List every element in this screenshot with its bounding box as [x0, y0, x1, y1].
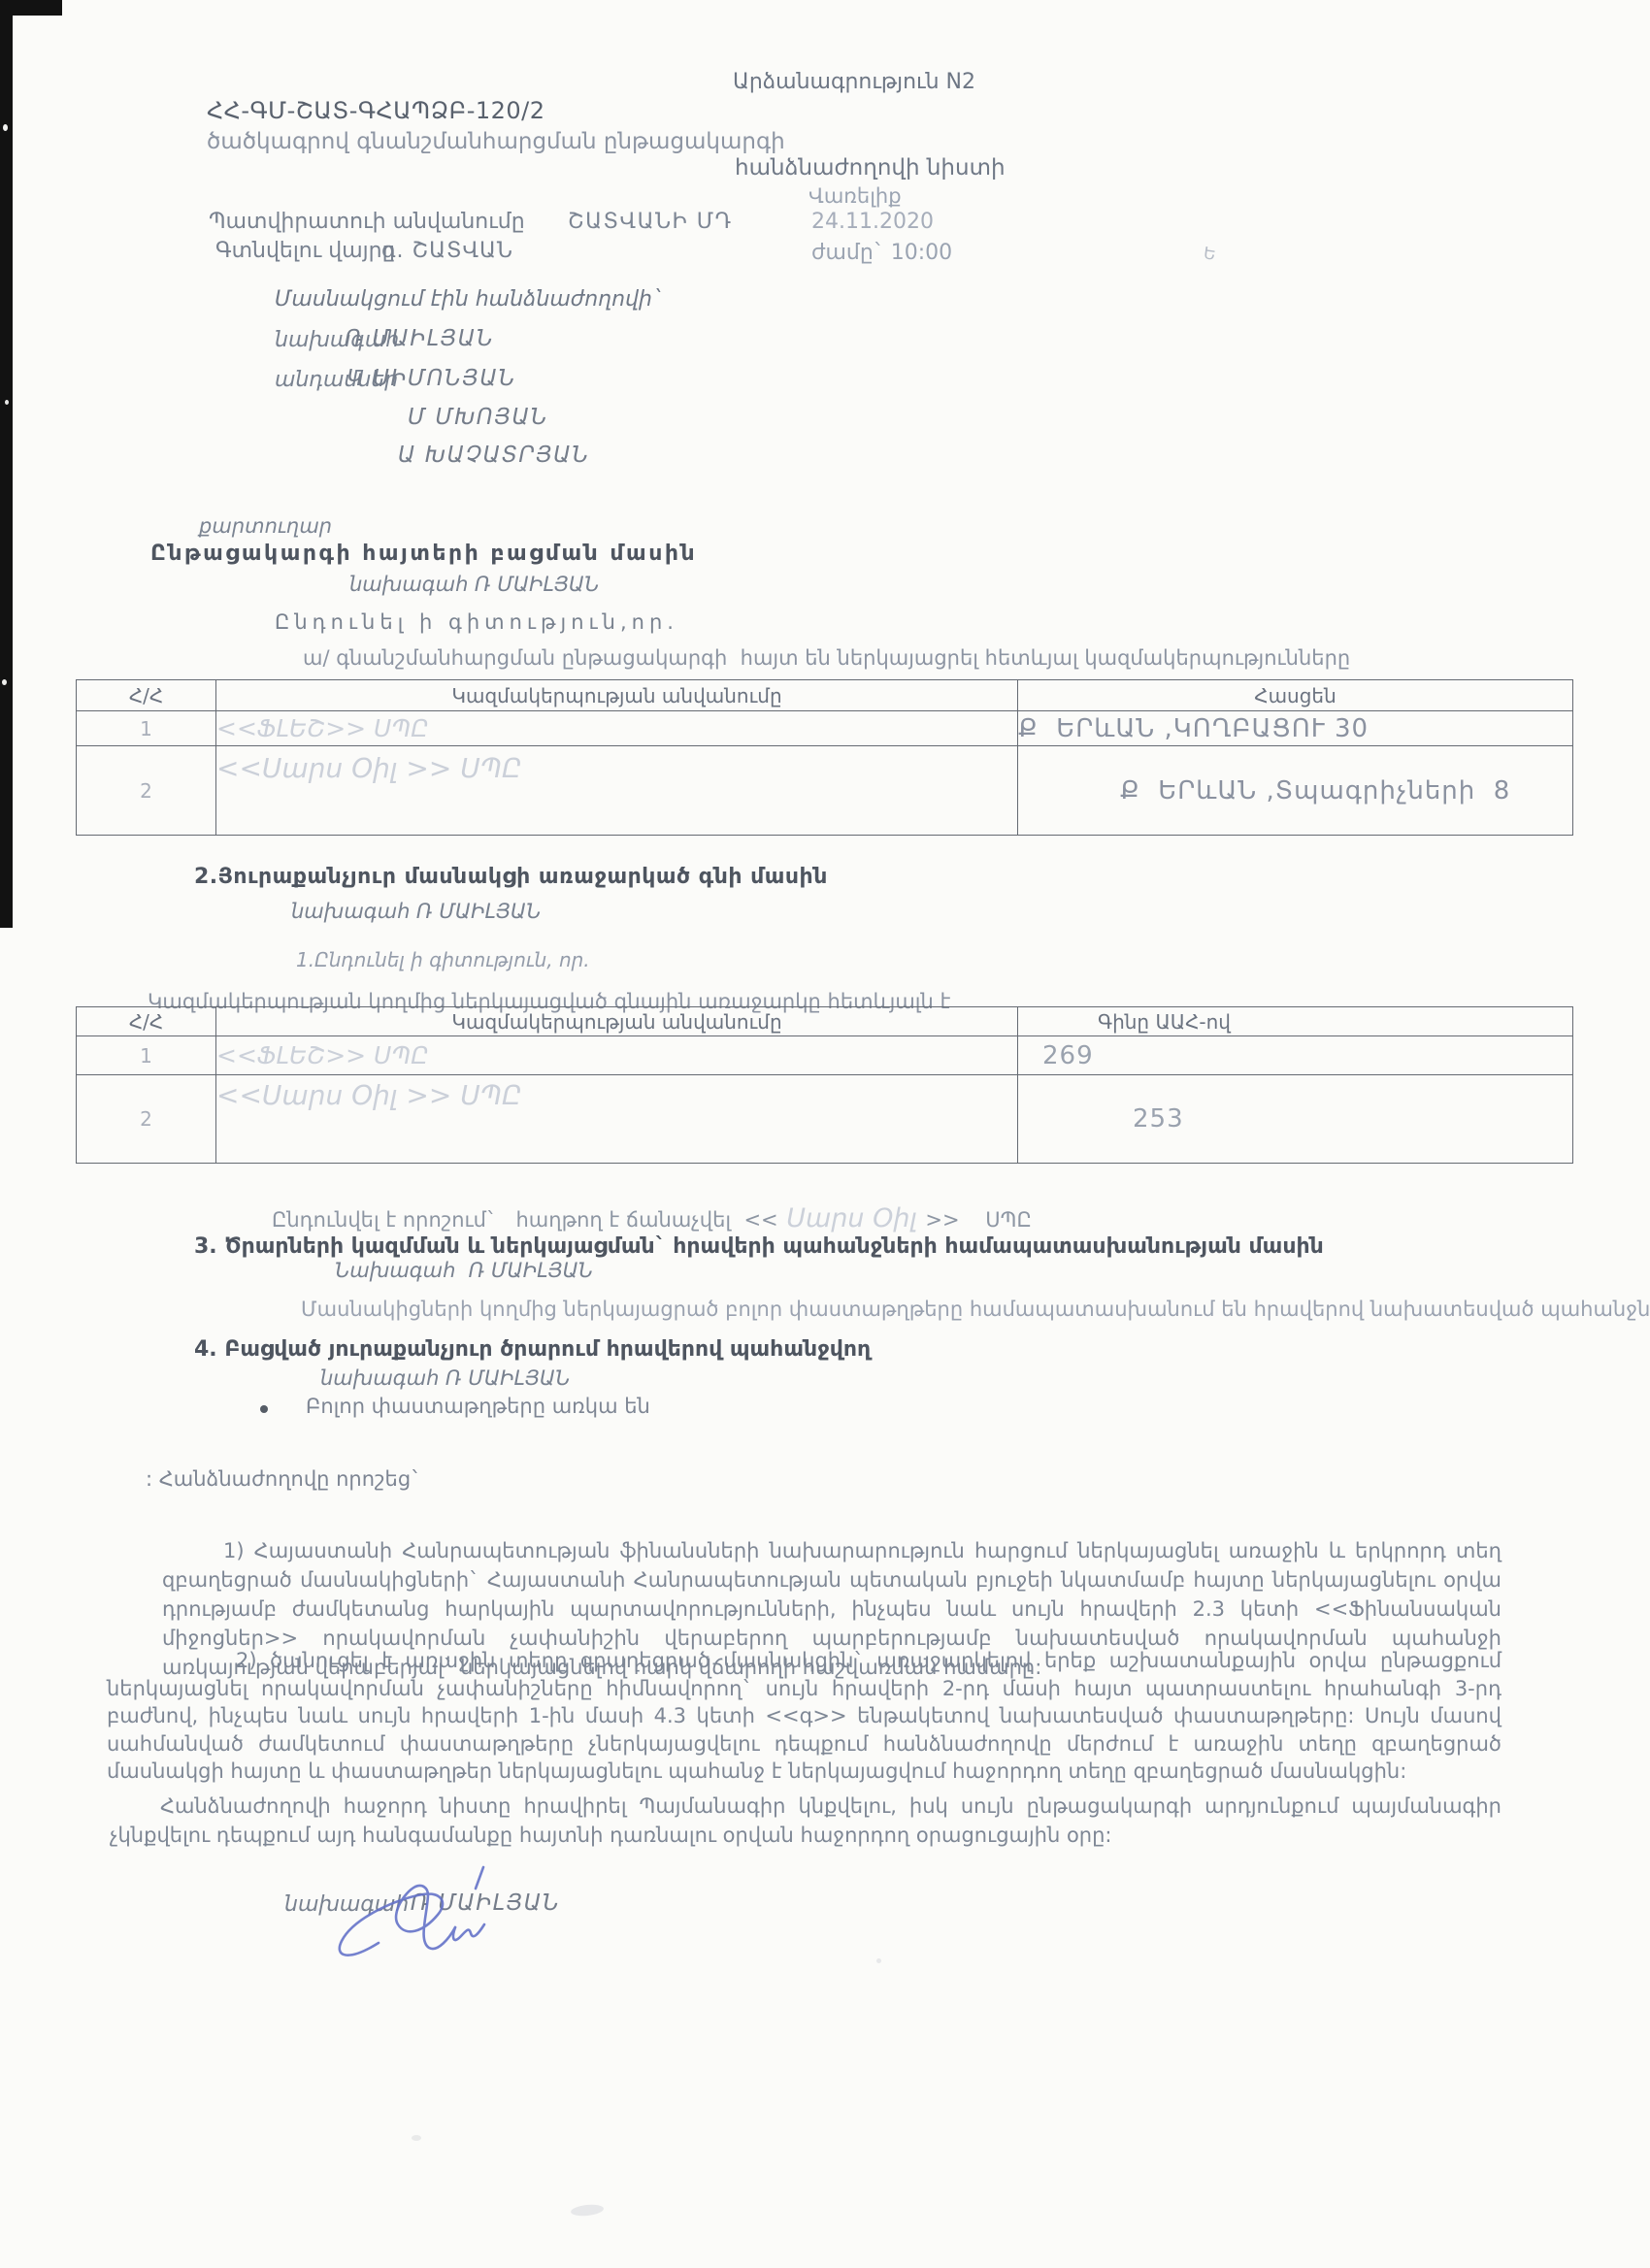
meeting-time: ժամը` 10:00 — [811, 241, 952, 265]
section3-chair-line: Նախագահ Ռ ՄԱԻԼՅԱՆ — [335, 1259, 593, 1282]
col-header-number: Հ/Հ — [77, 680, 216, 711]
committee-decided-line: : Հանձնաժողովը որոշեց` — [146, 1467, 421, 1491]
customer-name: ՇԱՏՎԱՆԻ ՄԴ — [568, 210, 733, 234]
member-name: Մ ՄԽՈՅԱՆ — [408, 405, 548, 430]
subject-fuel: Վառելիք — [808, 184, 902, 208]
prices-table: Հ/Հ Կազմակերպության անվանումը Գինը ԱԱՀ-ո… — [76, 1006, 1573, 1164]
row-number: 2 — [77, 1075, 216, 1164]
scan-speck — [571, 2203, 605, 2217]
price-value: 253 — [1018, 1075, 1573, 1164]
table-row: 2 <<Սարս Օիլ >> ՍՊԸ Ք ԵՐևԱՆ ,Տպագրիչների… — [77, 746, 1573, 836]
company-address: Ք ԵՐևԱՆ ,ԿՈՂԲԱՑՈՒ 30 — [1018, 711, 1573, 746]
company-address: Ք ԵՐևԱՆ ,Տպագրիչների 8 — [1018, 746, 1573, 836]
section3-body: Մասնակիցների կողմից ներկայացրած բոլոր փա… — [301, 1298, 1650, 1321]
location-label: Գտնվելու վայրը — [215, 239, 396, 263]
company-name: <<ՖԼԵՇ>> ՍՊԸ — [216, 1036, 1018, 1075]
company-name: <<Սարս Օիլ >> ՍՊԸ — [216, 1075, 1018, 1164]
secretary-label: քարտուղար — [199, 514, 332, 538]
attendees-intro: Մասնակցում էին հանձնաժողովի` — [275, 287, 663, 312]
section1-note-line: Ընդունել ի գիտություն,որ. — [275, 610, 678, 634]
resolution-paragraph-3: Հանձնաժողովի հաջորդ նիստը հրավիրել Պայմա… — [110, 1791, 1501, 1850]
section1-heading: Ընթացակարգի հայտերի բացման մասին — [150, 542, 697, 566]
col-header-address: Հասցեն — [1018, 680, 1573, 711]
col-header-number: Հ/Հ — [77, 1007, 216, 1036]
decision-prefix: Ընդունվել է որոշում` հաղթող է ճանաչվել <… — [272, 1208, 778, 1232]
table-row: 1 <<ՖԼԵՇ>> ՍՊԸ Ք ԵՐևԱՆ ,ԿՈՂԲԱՑՈՒ 30 — [77, 711, 1573, 746]
protocol-title: Արձանագրություն N2 — [733, 70, 975, 94]
scan-edge-corner — [0, 0, 62, 16]
bullet-text: Բոլոր փաստաթղթերը առկա են — [306, 1395, 650, 1418]
resolution-paragraph-2: 2) ծանուցել է առաջին տեղը զբաղեցրած մասն… — [107, 1647, 1501, 1786]
row-number: 1 — [77, 711, 216, 746]
price-value: 269 — [1018, 1036, 1573, 1075]
customer-label: Պատվիրատուի անվանումը — [209, 210, 525, 234]
section4-chair-line: նախագահ Ռ ՄԱԻԼՅԱՆ — [320, 1366, 570, 1390]
session-line: հանձնաժողովի նիստի — [735, 155, 1006, 181]
member-name: Կ ՍԻՄՈՆՅԱՆ — [346, 366, 516, 391]
scanned-document-page: Արձանագրություն N2 ՀՀ-ԳՄ-ՇԱՏ-ԳՀԱՊՁԲ-120/… — [0, 0, 1650, 2268]
scan-speck — [412, 2135, 421, 2141]
scan-edge-speck — [5, 400, 9, 405]
scan-edge-speck — [3, 124, 8, 131]
scan-edge-speck — [2, 679, 7, 685]
table-row: 2 <<Սարս Օիլ >> ՍՊԸ 253 — [77, 1075, 1573, 1164]
decision-line: Ընդունվել է որոշում` հաղթող է ճանաչվել <… — [272, 1203, 1032, 1233]
decision-suffix: >> ՍՊԸ — [925, 1208, 1031, 1232]
section1-sub-line: ա/ գնանշմանհարցման ընթացակարգի հայտ են ն… — [303, 646, 1350, 670]
section2-note-line: 1.Ընդունել ի գիտություն, որ. — [296, 948, 590, 971]
section4-heading: 4. Բացված յուրաքանչյուր ծրարում հրավերով… — [194, 1337, 871, 1362]
bids-table: Հ/Հ Կազմակերպության անվանումը Հասցեն 1 <… — [76, 679, 1573, 836]
location-name: գ. ՇԱՏՎԱՆ — [381, 239, 513, 263]
scan-edge-strip — [0, 0, 13, 928]
row-number: 2 — [77, 746, 216, 836]
table-header-row: Հ/Հ Կազմակերպության անվանումը Հասցեն — [77, 680, 1573, 711]
row-number: 1 — [77, 1036, 216, 1075]
section2-chair-line: նախագահ Ռ ՄԱԻԼՅԱՆ — [291, 900, 541, 923]
member-name: Ա ԽԱՉԱՏՐՅԱՆ — [398, 443, 590, 468]
bullet-dot — [260, 1405, 268, 1413]
signature-ink-scribble — [320, 1863, 510, 1988]
procedure-code: ՀՀ-ԳՄ-ՇԱՏ-ԳՀԱՊՁԲ-120/2 — [207, 97, 545, 124]
section3-heading: 3. Ծրարների կազմման և ներկայացման` հրավե… — [194, 1234, 1324, 1259]
col-header-company: Կազմակերպության անվանումը — [216, 680, 1018, 711]
winner-name: Սարս Օիլ — [778, 1203, 926, 1233]
table-header-row: Հ/Հ Կազմակերպության անվանումը Գինը ԱԱՀ-ո… — [77, 1007, 1573, 1036]
table-row: 1 <<ՖԼԵՇ>> ՍՊԸ 269 — [77, 1036, 1573, 1075]
scan-speck — [876, 1958, 881, 1963]
col-header-price: Գինը ԱԱՀ-ով — [1018, 1007, 1573, 1036]
section2-heading: 2.Յուրաքանչյուր մասնակցի առաջարկած գնի մ… — [194, 865, 828, 889]
section1-chair-line: նախագահ Ռ ՄԱԻԼՅԱՆ — [349, 573, 599, 596]
company-name: <<ՖԼԵՇ>> ՍՊԸ — [216, 711, 1018, 746]
stray-ink-mark: Ե — [1203, 244, 1217, 265]
col-header-company: Կազմակերպության անվանումը — [216, 1007, 1018, 1036]
procedure-line: ծածկագրով գնանշմանհարցման ընթացակարգի — [207, 129, 785, 154]
company-name: <<Սարս Օիլ >> ՍՊԸ — [216, 746, 1018, 836]
meeting-date: 24.11.2020 — [811, 210, 934, 234]
chairman-name: Ռ ՄԱԻԼՅԱՆ — [345, 326, 494, 351]
